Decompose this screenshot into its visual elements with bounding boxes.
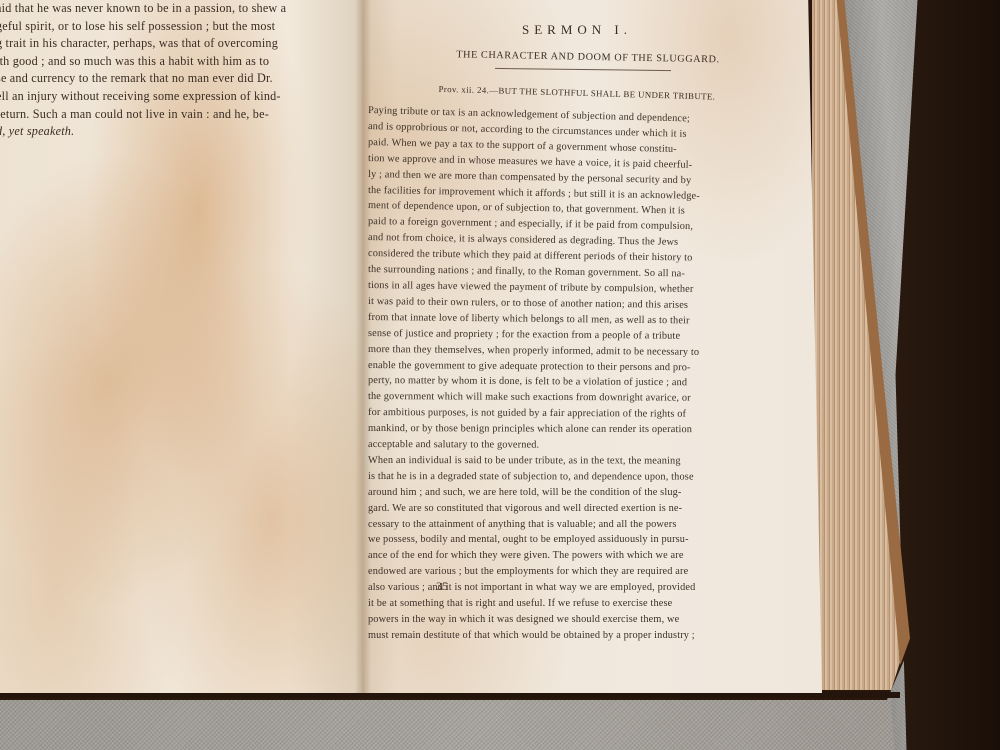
text-line: gard. We are so constituted that vigorou… (368, 501, 788, 517)
page-number: 35 (436, 579, 448, 594)
text-line: ell an injury without receiving some exp… (0, 88, 356, 106)
left-page-text: aid that he was never known to be in a p… (0, 0, 356, 141)
text-line: ance of the end for which they were give… (368, 548, 788, 564)
text-line: endowed are various ; but the employment… (368, 564, 788, 580)
text-line: acceptable and salutary to the governed. (368, 437, 788, 454)
text-line: When an individual is said to be under t… (368, 453, 788, 470)
text-line: is that he is in a degraded state of sub… (368, 469, 788, 486)
text-line: d, yet speaketh. (0, 123, 356, 141)
left-page: aid that he was never known to be in a p… (0, 0, 362, 693)
text-line: must remain destitute of that which woul… (368, 628, 788, 644)
text-line: geful spirit, or to lose his self posses… (0, 18, 356, 36)
text-line: powers in the way in which it was design… (368, 612, 788, 628)
text-line: g trait in his character, perhaps, was t… (0, 35, 356, 53)
text-line: we possess, bodily and mental, ought to … (368, 532, 788, 548)
text-line: aid that he was never known to be in a p… (0, 0, 356, 18)
text-line: return. Such a man could not live in vai… (0, 106, 356, 124)
text-line: it be at something that is right and use… (368, 596, 788, 612)
text-line: se and currency to the remark that no ma… (0, 70, 356, 88)
text-line: cessary to the attainment of anything th… (368, 517, 788, 533)
sermon-body: Paying tribute or tax is an acknowledgem… (368, 103, 788, 644)
text-line: also various ; and it is not important i… (368, 580, 788, 596)
text-line: mankind, or by those benign principles w… (368, 421, 788, 438)
text-line: lth good ; and so much was this a habit … (0, 53, 356, 71)
sermon-title: SERMON I. (482, 22, 672, 38)
text-line: around him ; and such, we are here told,… (368, 485, 788, 501)
